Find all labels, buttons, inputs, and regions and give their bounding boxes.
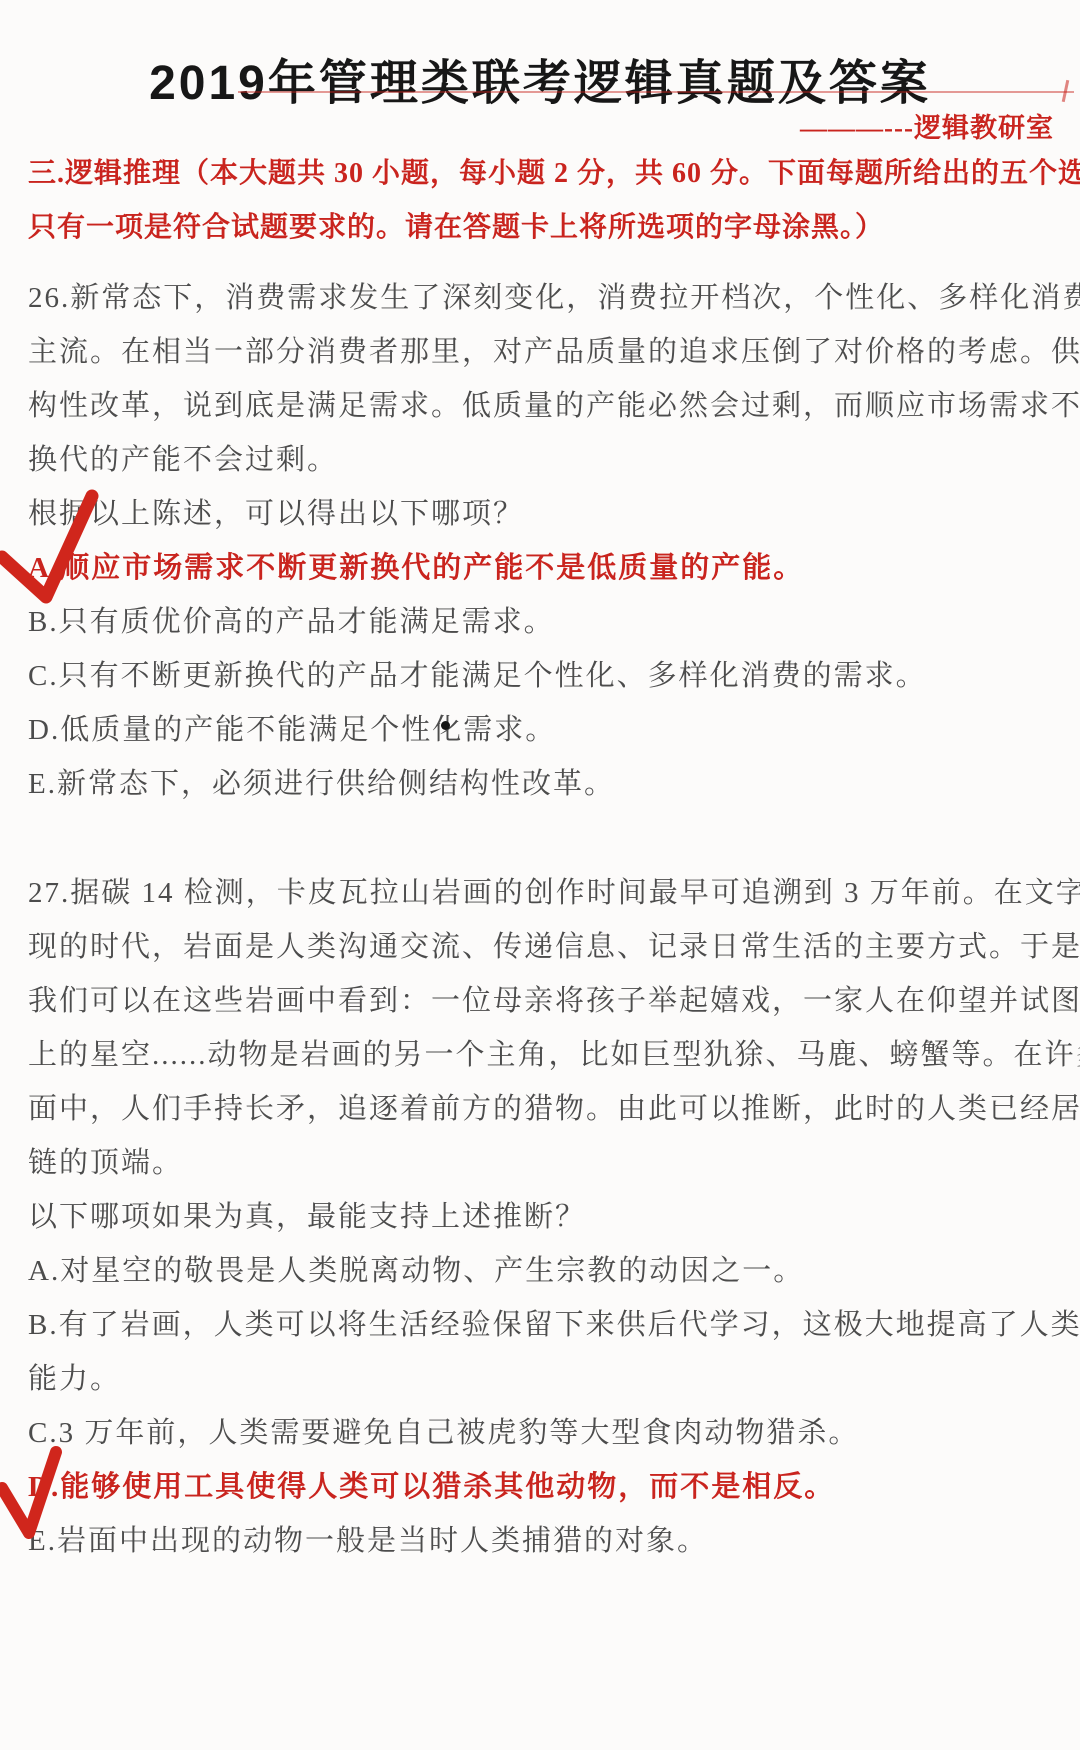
question-26: 26.新常态下，消费需求发生了深刻变化，消费拉开档次，个性化、多样化消费渐成 主… — [28, 271, 1080, 811]
page-title: 2019年管理类联考逻辑真题及答案 — [0, 44, 1080, 113]
question-27-prompt: 以下哪项如果为真，最能支持上述推断？ — [28, 1190, 1080, 1244]
exam-document-page: 2019年管理类联考逻辑真题及答案 ———---逻辑教研室 三.逻辑推理（本大题… — [0, 0, 1080, 1750]
question-27-stem-line-2: 现的时代，岩面是人类沟通交流、传递信息、记录日常生活的主要方式。于是今天的 — [28, 920, 1080, 974]
question-27-option-b-line-2: 能力。 — [28, 1352, 1080, 1406]
question-27-option-c: C.3 万年前，人类需要避免自己被虎豹等大型食肉动物猎杀。 — [28, 1406, 1080, 1460]
question-27-stem-line-6: 链的顶端。 — [28, 1136, 1080, 1190]
question-27-option-e: E.岩面中出现的动物一般是当时人类捕猎的对象。 — [28, 1514, 1080, 1568]
question-26-option-b: B.只有质优价高的产品才能满足需求。 — [28, 595, 1080, 649]
section-instructions-line-1: 三.逻辑推理（本大题共 30 小题，每小题 2 分，共 60 分。下面每题所给出… — [28, 150, 1080, 204]
question-27: 27.据碳 14 检测，卡皮瓦拉山岩画的创作时间最早可追溯到 3 万年前。在文字… — [28, 866, 1080, 1568]
question-27-stem-line-4: 上的星空......动物是岩画的另一个主角，比如巨型犰狳、马鹿、螃蟹等。在许多画 — [28, 1028, 1080, 1082]
question-27-option-a: A.对星空的敬畏是人类脱离动物、产生宗教的动因之一。 — [28, 1244, 1080, 1298]
scan-artifact-line — [238, 91, 1074, 93]
question-27-option-b-line-1: B.有了岩画，人类可以将生活经验保留下来供后代学习，这极大地提高了人类的生存 — [28, 1298, 1080, 1352]
question-26-stem-line-4: 换代的产能不会过剩。 — [28, 433, 1080, 487]
red-checkmark-icon-q26-a — [0, 463, 104, 611]
question-27-stem-line-1: 27.据碳 14 检测，卡皮瓦拉山岩画的创作时间最早可追溯到 3 万年前。在文字… — [28, 866, 1080, 920]
section-instructions: 三.逻辑推理（本大题共 30 小题，每小题 2 分，共 60 分。下面每题所给出… — [28, 150, 1080, 258]
question-26-option-e: E.新常态下，必须进行供给侧结构性改革。 — [28, 757, 1080, 811]
question-26-prompt: 根据以上陈述，可以得出以下哪项？ — [28, 487, 1080, 541]
question-26-option-a: A.顺应市场需求不断更新换代的产能不是低质量的产能。 — [28, 541, 1080, 595]
question-27-stem-line-5: 面中，人们手持长矛，追逐着前方的猎物。由此可以推断，此时的人类已经居于食物 — [28, 1082, 1080, 1136]
section-instructions-line-2: 只有一项是符合试题要求的。请在答题卡上将所选项的字母涂黑。） — [28, 204, 1080, 258]
question-27-stem-line-3: 我们可以在这些岩画中看到：一位母亲将孩子举起嬉戏，一家人在仰望并试图碰触头 — [28, 974, 1080, 1028]
question-26-stem-line-2: 主流。在相当一部分消费者那里，对产品质量的追求压倒了对价格的考虑。供给侧结 — [28, 325, 1080, 379]
ink-dot-artifact — [441, 721, 450, 730]
byline: ———---逻辑教研室 — [800, 106, 1054, 145]
question-27-option-d: D.能够使用工具使得人类可以猎杀其他动物，而不是相反。 — [28, 1460, 1080, 1514]
question-26-option-d: D.低质量的产能不能满足个性化需求。 — [28, 703, 1080, 757]
red-checkmark-icon-q27-d — [0, 1443, 94, 1543]
question-26-option-c: C.只有不断更新换代的产品才能满足个性化、多样化消费的需求。 — [28, 649, 1080, 703]
question-26-stem-line-1: 26.新常态下，消费需求发生了深刻变化，消费拉开档次，个性化、多样化消费渐成 — [28, 271, 1080, 325]
question-26-stem-line-3: 构性改革，说到底是满足需求。低质量的产能必然会过剩，而顺应市场需求不断更新 — [28, 379, 1080, 433]
